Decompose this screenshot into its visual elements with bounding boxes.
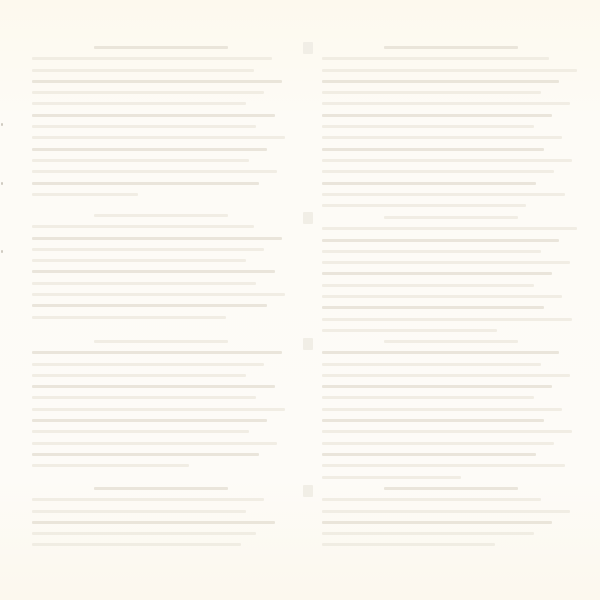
faded-text-line [322,351,559,354]
faded-text-line [32,385,275,388]
faded-text-line [322,295,562,298]
faded-text-line [322,250,541,253]
faded-text-line [32,80,282,83]
faded-text-line [32,102,246,105]
margin-speck [1,182,3,185]
faded-text-line [32,464,189,467]
faded-text-line [32,408,285,411]
text-section [32,340,290,476]
faded-text-line [32,374,246,377]
faded-text-line [32,136,285,139]
faded-text-line [322,284,534,287]
faded-text-line [32,363,264,366]
faded-text-line [32,351,282,354]
faded-text-line [322,136,562,139]
faded-text-line [32,430,249,433]
faded-text-line [32,543,241,546]
faded-text-line [322,543,495,546]
faded-text-line [32,270,275,273]
faded-text-line [322,396,534,399]
faded-text-line [322,69,577,72]
faded-text-line [322,464,565,467]
faded-text-line [32,293,285,296]
document-page [0,0,600,600]
faded-text-line [32,114,275,117]
faded-text-line [322,385,552,388]
faded-text-line [32,248,264,251]
faded-text-line [94,214,228,217]
faded-text-line [32,304,267,307]
faded-text-line [94,340,228,343]
faded-text-line [32,521,275,524]
faded-text-line [32,57,272,60]
faded-text-line [322,374,570,377]
faded-text-line [322,114,552,117]
faded-text-line [384,340,518,343]
faded-text-line [322,80,559,83]
faded-text-line [32,237,282,240]
faded-text-line [322,329,497,332]
faded-text-line [322,306,544,309]
faded-text-line [32,159,249,162]
faded-text-line [322,125,534,128]
faded-text-line [384,216,518,219]
faded-text-line [384,46,518,49]
faded-text-line [322,193,565,196]
faded-text-line [322,170,554,173]
faded-text-line [32,125,256,128]
faded-text-line [322,102,570,105]
faded-text-line [322,510,570,513]
faded-text-line [94,487,228,490]
faded-text-line [322,57,549,60]
text-section [32,214,290,327]
section-marker [303,212,313,224]
faded-text-line [32,225,254,228]
faded-text-line [32,396,256,399]
faded-text-line [322,476,461,479]
faded-text-line [32,193,138,196]
text-section [322,46,580,215]
faded-text-line [322,272,552,275]
faded-text-line [32,170,277,173]
faded-text-line [322,204,526,207]
faded-text-line [32,316,226,319]
faded-text-line [32,453,259,456]
faded-text-line [322,498,541,501]
text-section [322,216,580,340]
faded-text-line [322,148,544,151]
section-marker [303,338,313,350]
text-section [32,46,290,204]
margin-speck [1,250,3,253]
faded-text-line [32,69,254,72]
section-marker [303,485,313,497]
faded-text-line [32,182,259,185]
faded-text-line [322,261,570,264]
faded-text-line [322,453,536,456]
faded-text-line [32,259,246,262]
faded-text-line [322,227,577,230]
faded-text-line [32,442,277,445]
section-marker [303,42,313,54]
faded-text-line [322,430,572,433]
faded-text-line [322,159,572,162]
faded-text-line [32,510,246,513]
text-section [322,487,580,555]
faded-text-line [94,46,228,49]
faded-text-line [322,318,572,321]
text-section [322,340,580,487]
faded-text-line [32,532,256,535]
faded-text-line [322,532,534,535]
text-section [32,487,290,555]
faded-text-line [322,182,536,185]
faded-text-line [322,408,562,411]
faded-text-line [384,487,518,490]
faded-text-line [322,442,554,445]
margin-speck [1,123,3,126]
faded-text-line [322,363,541,366]
faded-text-line [322,419,544,422]
faded-text-line [322,91,541,94]
faded-text-line [322,239,559,242]
faded-text-line [322,521,552,524]
faded-text-line [32,91,264,94]
faded-text-line [32,419,267,422]
faded-text-line [32,148,267,151]
faded-text-line [32,498,264,501]
faded-text-line [32,282,256,285]
